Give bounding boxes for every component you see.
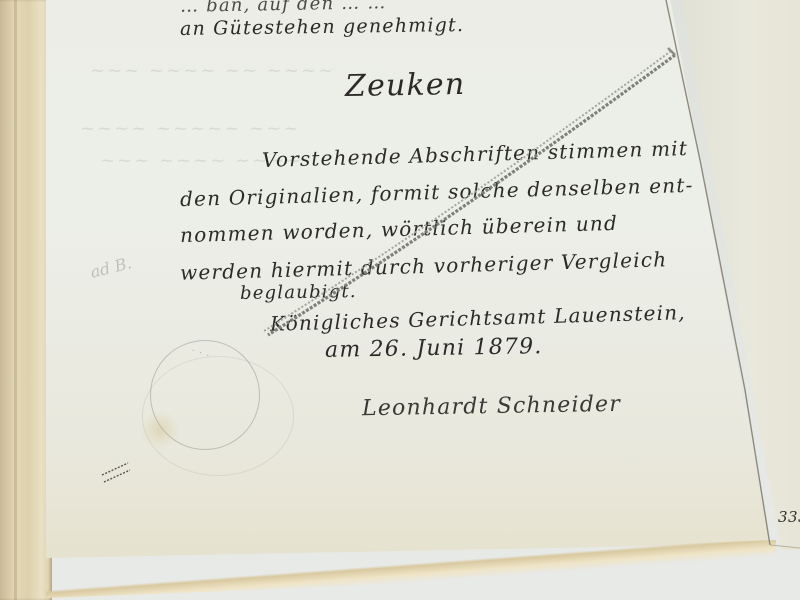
top-partial-line-2: an Gütestehen genehmigt. [180,14,464,40]
seal-text: · · · [190,346,211,361]
book-binding-edge [0,0,52,600]
show-through-text: ~~~ ~~~~ ~~ ~~~~ [90,60,335,81]
show-through-text: ~~~~ ~~~~~ ~~~ [80,118,300,139]
page-number: 333 [778,508,800,526]
document-photo: ~~~ ~~~~ ~~ ~~~~ ~~~~ ~~~~~ ~~~ ~~~ ~~~~… [0,0,800,600]
section-heading: Zeuken [345,67,466,104]
hatch-mark-icon [100,455,134,485]
paper-stain [140,410,180,450]
signature: Leonhardt Schneider [362,392,621,422]
date-line: am 26. Juni 1879. [325,334,543,363]
body-line-5: beglaubigt. [240,281,357,304]
